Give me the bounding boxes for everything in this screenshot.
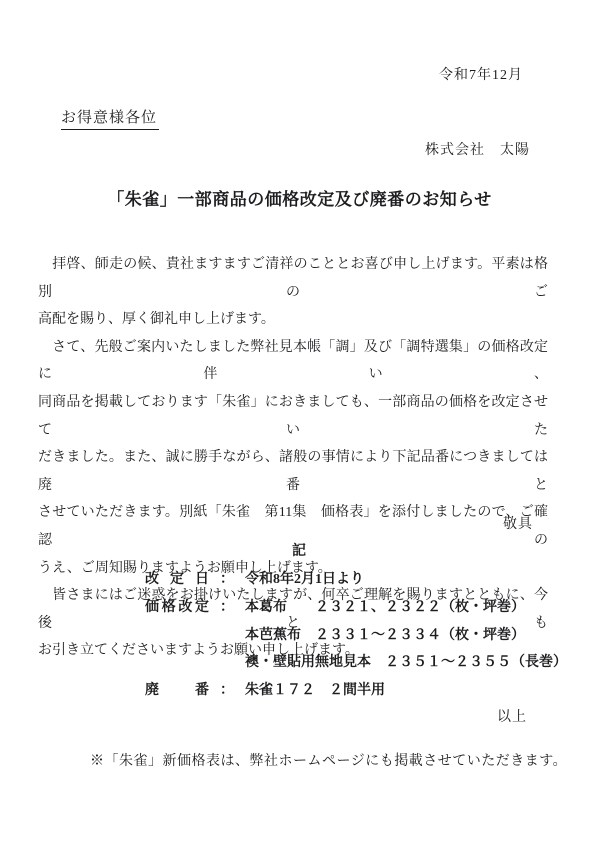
closing-ijou: 以上	[497, 706, 527, 726]
body-line: 同商品を掲載しております「朱雀」におきましても、一部商品の価格を改定させていた	[38, 389, 548, 444]
notice-label: 改定日	[145, 566, 209, 594]
document-page: 令和7年12月 お得意様各位 株式会社 太陽 「朱雀」一部商品の価格改定及び廃番…	[0, 0, 599, 848]
notice-label: 価格改定	[145, 594, 209, 622]
footnote: ※「朱雀」新価格表は、弊社ホームページにも掲載させていただきます。	[90, 750, 567, 770]
notice-label: 廃番	[145, 677, 209, 705]
notice-section: 改定日 ： 令和8年2月1日より 価格改定 ： 本葛布 ２３２１、２３２２（枚・…	[145, 566, 579, 705]
notice-row: 襖・壁貼用無地見本 ２３５１～２３５５（長巻）	[145, 649, 579, 677]
company-name: 株式会社 太陽	[425, 139, 530, 159]
body-line: さて、先般ご案内いたしました弊社見本帳「調」及び「調特選集」の価格改定に伴い、	[38, 334, 548, 389]
closing-keigu: 敬具	[503, 513, 533, 533]
notice-value: 朱雀１７２ ２間半用	[245, 677, 385, 705]
notice-value: 襖・壁貼用無地見本 ２３５１～２３５５（長巻）	[245, 649, 567, 677]
document-title: 「朱雀」一部商品の価格改定及び廃番のお知らせ	[0, 185, 599, 210]
notice-colon: ：	[209, 677, 245, 705]
notice-colon	[209, 622, 245, 650]
body-line: 高配を賜り、厚く御礼申し上げます。	[38, 306, 548, 334]
recipient: お得意様各位	[61, 106, 159, 130]
notice-value: 令和8年2月1日より	[245, 566, 364, 594]
notice-colon: ：	[209, 566, 245, 594]
document-date: 令和7年12月	[439, 64, 523, 84]
notice-row: 価格改定 ： 本葛布 ２３２１、２３２２（枚・坪巻）	[145, 594, 579, 622]
notice-colon	[209, 649, 245, 677]
notice-heading: 記	[0, 540, 599, 560]
body-line: 拝啓、師走の候、貴社ますますご清祥のこととお喜び申し上げます。平素は格別のご	[38, 251, 548, 306]
notice-row: 本芭蕉布 ２３３１～２３３４（枚・坪巻）	[145, 622, 579, 650]
notice-value: 本芭蕉布 ２３３１～２３３４（枚・坪巻）	[245, 622, 525, 650]
notice-colon: ：	[209, 594, 245, 622]
notice-row: 廃番 ： 朱雀１７２ ２間半用	[145, 677, 579, 705]
body-line: だきました。また、誠に勝手ながら、諸般の事情により下記品番につきましては廃番と	[38, 444, 548, 499]
notice-value: 本葛布 ２３２１、２３２２（枚・坪巻）	[245, 594, 525, 622]
notice-label	[145, 622, 209, 650]
notice-label	[145, 649, 209, 677]
notice-row: 改定日 ： 令和8年2月1日より	[145, 566, 579, 594]
